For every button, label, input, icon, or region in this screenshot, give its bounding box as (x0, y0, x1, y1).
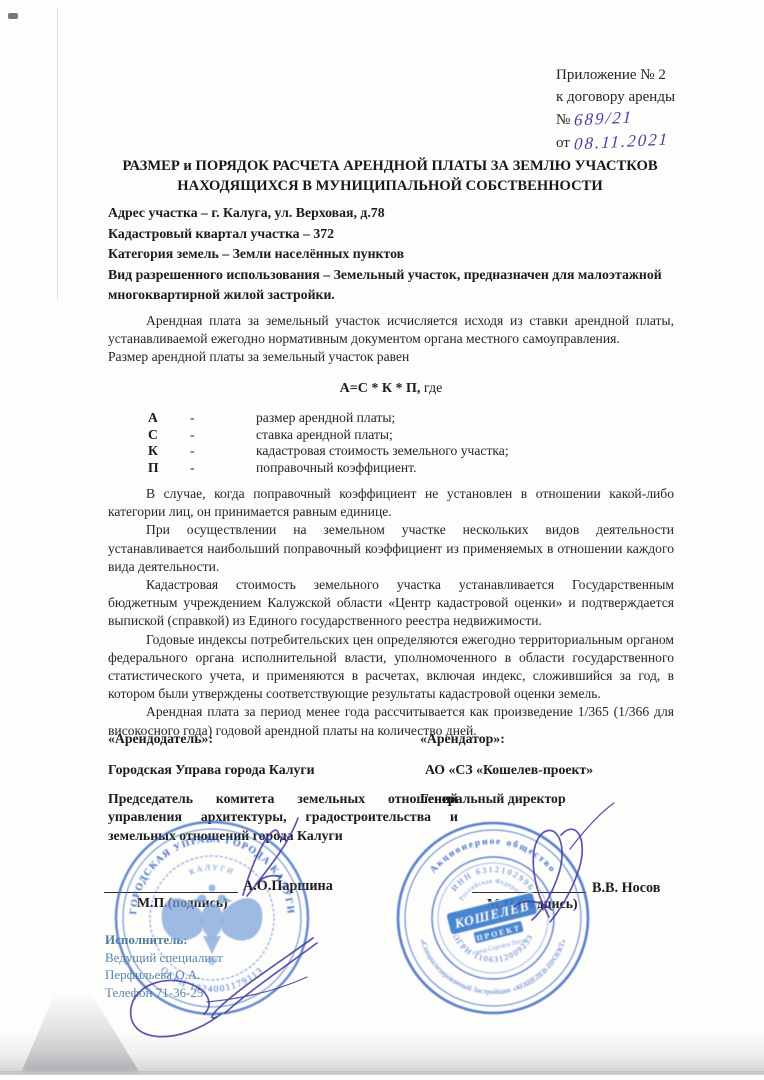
intro-paragraph-1: Арендная плата за земельный участок исчи… (108, 312, 674, 348)
definition-row: К - кадастровая стоимость земельного уча… (148, 443, 628, 460)
contract-date-handwritten: 08.11.2021 (573, 128, 669, 155)
lessor-heading: «Арендодатель»: (108, 731, 458, 747)
formula-definitions: А - размер арендной платы; С - ставка ар… (148, 410, 628, 476)
city-administration-stamp-graphic: ГОРОДСКАЯ УПРАВА ГОРОДА КАЛУГИ ОГРН 1024… (106, 814, 318, 1022)
contract-date-line: от 08.11.2021 (556, 131, 756, 154)
intro-paragraphs: Арендная плата за земельный участок исчи… (108, 312, 674, 367)
rent-formula-suffix: где (420, 381, 442, 396)
definition-dash: - (190, 427, 256, 444)
definition-row: С - ставка арендной платы; (148, 427, 628, 444)
definition-dash: - (190, 410, 256, 427)
scan-shadow-band (0, 1030, 764, 1072)
contract-reference: к договору аренды (556, 86, 756, 108)
appendix-label: Приложение № 2 (556, 64, 756, 86)
plot-address: Адрес участка – г. Калуга, ул. Верховая,… (108, 203, 680, 224)
plot-land-category: Категория земель – Земли населённых пунк… (108, 244, 680, 265)
stamp-brand-banner: КОШЕЛЕВ ПРОЕКТ город Сергиев Посад (445, 892, 544, 961)
scan-bottom-margin (0, 1075, 764, 1080)
contract-number-line: № 689/21 (556, 108, 756, 131)
plot-cadastral-quarter: Кадастровый квартал участка – 372 (108, 224, 680, 245)
company-stamp-graphic: Акционерное общество «Специализированный… (392, 818, 594, 1018)
definition-dash: - (190, 460, 256, 477)
body-paragraph: В случае, когда поправочный коэффициент … (108, 485, 674, 521)
appendix-header: Приложение № 2 к договору аренды № 689/2… (556, 64, 756, 154)
definition-text: поправочный коэффициент. (256, 460, 416, 477)
scanned-document-page: Приложение № 2 к договору аренды № 689/2… (0, 0, 764, 1080)
lessor-official-stamp: ГОРОДСКАЯ УПРАВА ГОРОДА КАЛУГИ ОГРН 1024… (106, 814, 318, 1027)
lessee-position: Генеральный директор (420, 791, 670, 807)
definition-symbol: К (148, 443, 190, 460)
contract-number-label: № (556, 112, 570, 128)
definition-text: кадастровая стоимость земельного участка… (256, 443, 509, 460)
definition-row: П - поправочный коэффициент. (148, 460, 628, 477)
svg-text:ГОРОДСКАЯ УПРАВА ГОРОДА КАЛУГИ: ГОРОДСКАЯ УПРАВА ГОРОДА КАЛУГИ (128, 834, 296, 915)
definition-text: размер арендной платы; (256, 410, 395, 427)
lessee-block: «Арендатор»: АО «СЗ «Кошелев-проект» Ген… (420, 731, 670, 807)
contract-date-label: от (556, 135, 570, 151)
body-paragraph: Годовые индексы потребительских цен опре… (108, 631, 674, 704)
stamp-ring-text-top: ГОРОДСКАЯ УПРАВА ГОРОДА КАЛУГИ (128, 834, 296, 915)
lessor-organization: Городская Управа города Калуги (108, 762, 458, 778)
body-paragraph: Кадастровая стоимость земельного участка… (108, 576, 674, 631)
rent-formula-expression: А=С * К * П, (340, 381, 421, 396)
main-paragraphs: В случае, когда поправочный коэффициент … (108, 485, 674, 740)
rent-formula: А=С * К * П, где (108, 381, 674, 397)
contract-number-handwritten: 689/21 (574, 106, 634, 131)
definition-symbol: А (148, 410, 190, 427)
double-headed-eagle-emblem (162, 885, 263, 967)
plot-permitted-use: Вид разрешенного использования – Земельн… (108, 265, 680, 306)
lessee-signatory-name: В.В. Носов (592, 880, 660, 897)
scan-corner-mark (8, 13, 18, 19)
lessee-heading: «Арендатор»: (420, 731, 670, 747)
document-title-line2: НАХОДЯЩИХСЯ В МУНИЦИПАЛЬНОЙ СОБСТВЕННОСТ… (95, 176, 685, 196)
lessee-organization: АО «СЗ «Кошелев-проект» (425, 762, 670, 778)
definition-row: А - размер арендной платы; (148, 410, 628, 427)
svg-text:КАЛУГИ: КАЛУГИ (188, 863, 236, 877)
definition-dash: - (190, 443, 256, 460)
definition-symbol: П (148, 460, 190, 477)
definition-symbol: С (148, 427, 190, 444)
definition-text: ставка арендной платы; (256, 427, 393, 444)
document-title-line1: РАЗМЕР и ПОРЯДОК РАСЧЕТА АРЕНДНОЙ ПЛАТЫ … (95, 156, 685, 176)
page-edge-scan-line (57, 8, 58, 300)
body-paragraph: При осуществлении на земельном участке н… (108, 521, 674, 576)
lessee-official-stamp: Акционерное общество «Специализированный… (392, 818, 594, 1023)
document-title: РАЗМЕР и ПОРЯДОК РАСЧЕТА АРЕНДНОЙ ПЛАТЫ … (95, 156, 685, 196)
intro-paragraph-2: Размер арендной платы за земельный участ… (108, 348, 674, 366)
stamp-inner-text: КАЛУГИ (188, 863, 236, 877)
plot-info-block: Адрес участка – г. Калуга, ул. Верховая,… (108, 203, 680, 306)
